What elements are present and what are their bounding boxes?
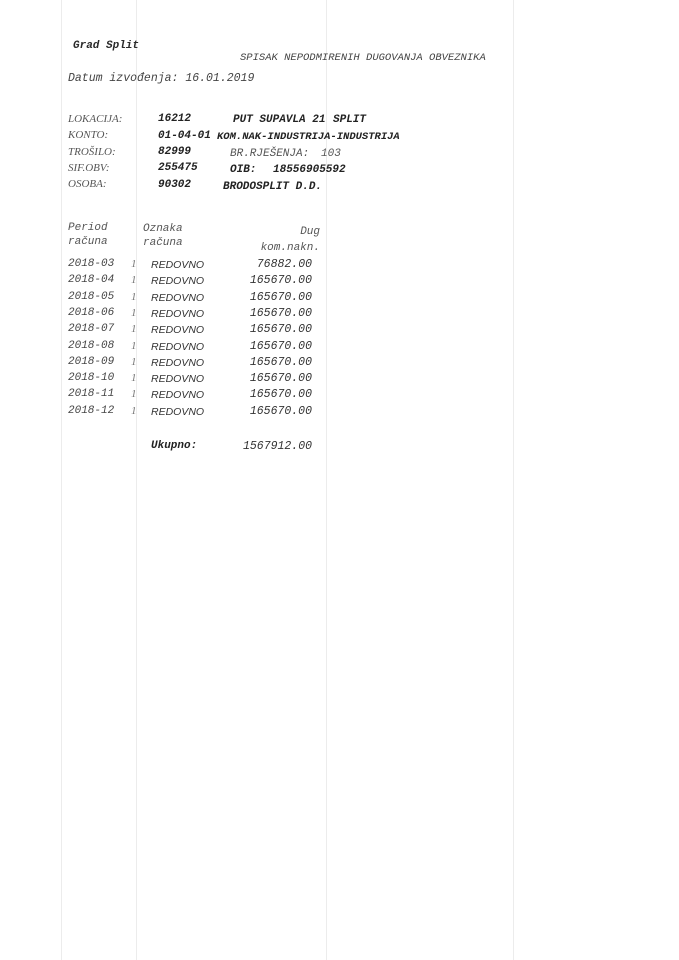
period-cell: 2018-05 — [68, 291, 114, 303]
label-cell: REDOVNO — [151, 406, 204, 418]
header-line: Oznaka — [143, 222, 183, 236]
amount-cell: 165670.00 — [200, 323, 312, 336]
amount-cell: 165670.00 — [200, 340, 312, 353]
issue-date: Datum izvođenja: 16.01.2019 — [68, 72, 254, 85]
lokacija-city: SPLIT — [333, 114, 366, 126]
number-cell: 1 — [131, 307, 137, 319]
amount-cell: 165670.00 — [200, 291, 312, 304]
column-header-dug: Dug kom.nakn. — [230, 224, 320, 256]
label-cell: REDOVNO — [151, 357, 204, 369]
header-line: Dug — [230, 224, 320, 240]
label-cell: REDOVNO — [151, 389, 204, 401]
label-cell: REDOVNO — [151, 308, 204, 320]
osoba-value: 90302 — [158, 179, 191, 191]
amount-cell: 165670.00 — [200, 405, 312, 418]
label-cell: REDOVNO — [151, 373, 204, 385]
header-line: računa — [68, 235, 108, 249]
sif-obv-label: SIF.OBV: — [68, 162, 110, 174]
total-label: Ukupno: — [151, 440, 197, 452]
number-cell: 1 — [131, 340, 137, 352]
scan-line — [61, 0, 62, 960]
osoba-name: BRODOSPLIT D.D. — [223, 181, 322, 193]
br-rjesenja-value: 103 — [321, 148, 341, 160]
amount-cell: 165670.00 — [200, 372, 312, 385]
sif-obv-value: 255475 — [158, 162, 198, 174]
number-cell: 1 — [131, 258, 137, 270]
label-cell: REDOVNO — [151, 259, 204, 271]
trosilo-value: 82999 — [158, 146, 191, 158]
period-cell: 2018-04 — [68, 274, 114, 286]
scan-line — [326, 0, 327, 960]
br-rjesenja-label: BR.RJEŠENJA: — [230, 148, 309, 160]
label-cell: REDOVNO — [151, 341, 204, 353]
date-label: Datum izvođenja: — [68, 72, 178, 85]
total-value: 1567912.00 — [200, 440, 312, 453]
oib-value: 18556905592 — [273, 164, 346, 176]
amount-cell: 165670.00 — [200, 307, 312, 320]
period-cell: 2018-11 — [68, 388, 114, 400]
label-cell: REDOVNO — [151, 324, 204, 336]
number-cell: 1 — [131, 405, 137, 417]
number-cell: 1 — [131, 372, 137, 384]
header-line: Period — [68, 221, 108, 235]
number-cell: 1 — [131, 356, 137, 368]
period-cell: 2018-03 — [68, 258, 114, 270]
number-cell: 1 — [131, 388, 137, 400]
number-cell: 1 — [131, 291, 137, 303]
amount-cell: 165670.00 — [200, 274, 312, 287]
period-cell: 2018-12 — [68, 405, 114, 417]
scan-line — [136, 0, 137, 960]
amount-cell: 76882.00 — [200, 258, 312, 271]
konto-value: 01-04-01 — [158, 130, 211, 142]
number-cell: 1 — [131, 323, 137, 335]
lokacija-address: PUT SUPAVLA 21 — [233, 114, 325, 126]
column-header-period: Period računa — [68, 221, 108, 249]
lokacija-value: 16212 — [158, 113, 191, 125]
period-cell: 2018-07 — [68, 323, 114, 335]
amount-cell: 165670.00 — [200, 388, 312, 401]
header-line: kom.nakn. — [230, 240, 320, 256]
trosilo-label: TROŠILO: — [68, 146, 116, 158]
period-cell: 2018-06 — [68, 307, 114, 319]
konto-label: KONTO: — [68, 129, 108, 141]
document-title: SPISAK NEPODMIRENIH DUGOVANJA OBVEZNIKA — [240, 52, 486, 64]
period-cell: 2018-08 — [68, 340, 114, 352]
number-cell: 1 — [131, 274, 137, 286]
oib-label: OIB: — [230, 164, 256, 176]
label-cell: REDOVNO — [151, 275, 204, 287]
amount-cell: 165670.00 — [200, 356, 312, 369]
date-value: 16.01.2019 — [185, 72, 254, 85]
label-cell: REDOVNO — [151, 292, 204, 304]
organization-name: Grad Split — [73, 40, 139, 52]
konto-description: KOM.NAK-INDUSTRIJA-INDUSTRIJA — [217, 131, 400, 143]
lokacija-label: LOKACIJA: — [68, 113, 122, 125]
period-cell: 2018-10 — [68, 372, 114, 384]
column-header-oznaka: Oznaka računa — [143, 222, 183, 250]
osoba-label: OSOBA: — [68, 178, 107, 190]
period-cell: 2018-09 — [68, 356, 114, 368]
scan-line — [513, 0, 514, 960]
header-line: računa — [143, 236, 183, 250]
